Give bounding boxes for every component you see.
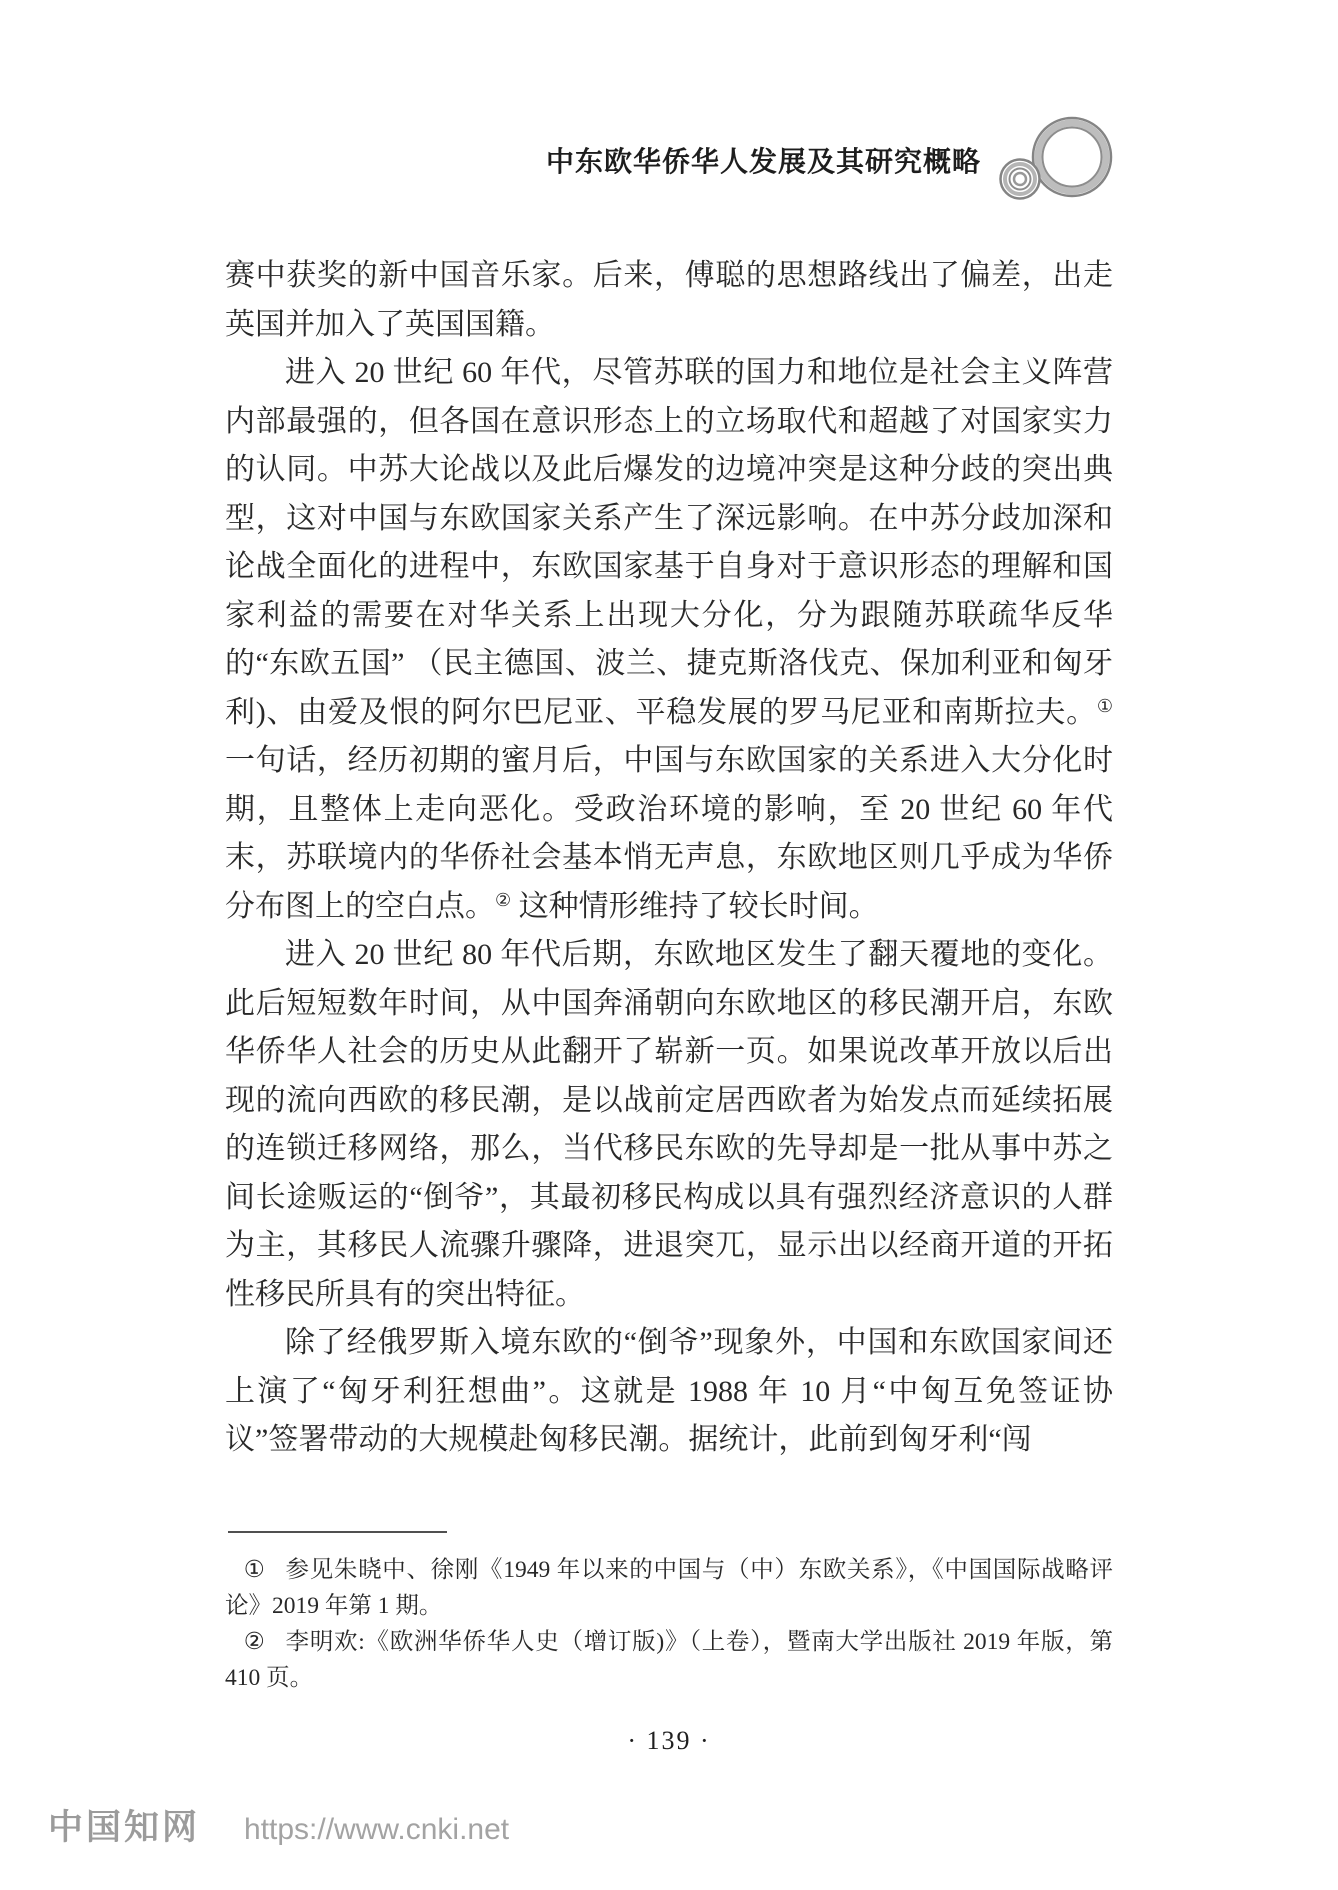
body-text: 赛中获奖的新中国音乐家。后来，傅聪的思想路线出了偏差，出走英国并加入了英国国籍。…: [225, 252, 1113, 1465]
body-paragraph: 进入 20 世纪 60 年代，尽管苏联的国力和地位是社会主义阵营内部最强的，但各…: [225, 349, 1113, 931]
paragraph-text: 除了经俄罗斯入境东欧的“倒爷”现象外，中国和东欧国家间还上演了“匈牙利狂想曲”。…: [225, 1326, 1113, 1456]
paragraph-text: 赛中获奖的新中国音乐家。后来，傅聪的思想路线出了偏差，出走英国并加入了英国国籍。: [225, 259, 1113, 341]
footnote-item: ②李明欢:《欧洲华侨华人史（增订版)》（上卷），暨南大学出版社 2019 年版，…: [225, 1624, 1113, 1696]
footnotes-list: ①参见朱晓中、徐刚《1949 年以来的中国与（中）东欧关系》，《中国国际战略评论…: [225, 1552, 1113, 1696]
footnote-separator: [228, 1531, 447, 1533]
footnote-ref-marker: ①: [1097, 696, 1113, 716]
paragraph-text: 这种情形维持了较长时间。: [511, 890, 879, 923]
paragraph-text: 进入 20 世纪 80 年代后期，东欧地区发生了翻天覆地的变化。此后短短数年时间…: [225, 938, 1113, 1311]
body-paragraph: 赛中获奖的新中国音乐家。后来，傅聪的思想路线出了偏差，出走英国并加入了英国国籍。: [225, 252, 1113, 349]
footnote-marker: ②: [244, 1629, 266, 1655]
document-page: 中东欧华侨华人发展及其研究概略 赛中获奖的新中国音乐家。后来，傅聪的思想路线出了…: [0, 0, 1338, 1890]
body-paragraph: 进入 20 世纪 80 年代后期，东欧地区发生了翻天覆地的变化。此后短短数年时间…: [225, 931, 1113, 1319]
cnki-url-text: https://www.cnki.net: [244, 1813, 509, 1847]
footnote-text: 李明欢:《欧洲华侨华人史（增订版)》（上卷），暨南大学出版社 2019 年版，第…: [225, 1629, 1113, 1691]
cnki-rings-icon: [995, 114, 1113, 206]
footnote-item: ①参见朱晓中、徐刚《1949 年以来的中国与（中）东欧关系》，《中国国际战略评论…: [225, 1552, 1113, 1624]
footnote-ref-marker: ②: [495, 890, 511, 910]
footnote-marker: ①: [244, 1557, 266, 1583]
page-number: · 139 ·: [225, 1726, 1113, 1756]
cnki-brand-text: 中国知网: [48, 1800, 200, 1850]
chapter-title: 中东欧华侨华人发展及其研究概略: [546, 140, 981, 180]
body-paragraph: 除了经俄罗斯入境东欧的“倒爷”现象外，中国和东欧国家间还上演了“匈牙利狂想曲”。…: [225, 1319, 1113, 1465]
page-header: 中东欧华侨华人发展及其研究概略: [225, 112, 1113, 208]
paragraph-text: 进入 20 世纪 60 年代，尽管苏联的国力和地位是社会主义阵营内部最强的，但各…: [225, 356, 1113, 729]
footnote-text: 参见朱晓中、徐刚《1949 年以来的中国与（中）东欧关系》，《中国国际战略评论》…: [225, 1557, 1113, 1619]
page-footer: 中国知网 https://www.cnki.net: [48, 1800, 509, 1850]
